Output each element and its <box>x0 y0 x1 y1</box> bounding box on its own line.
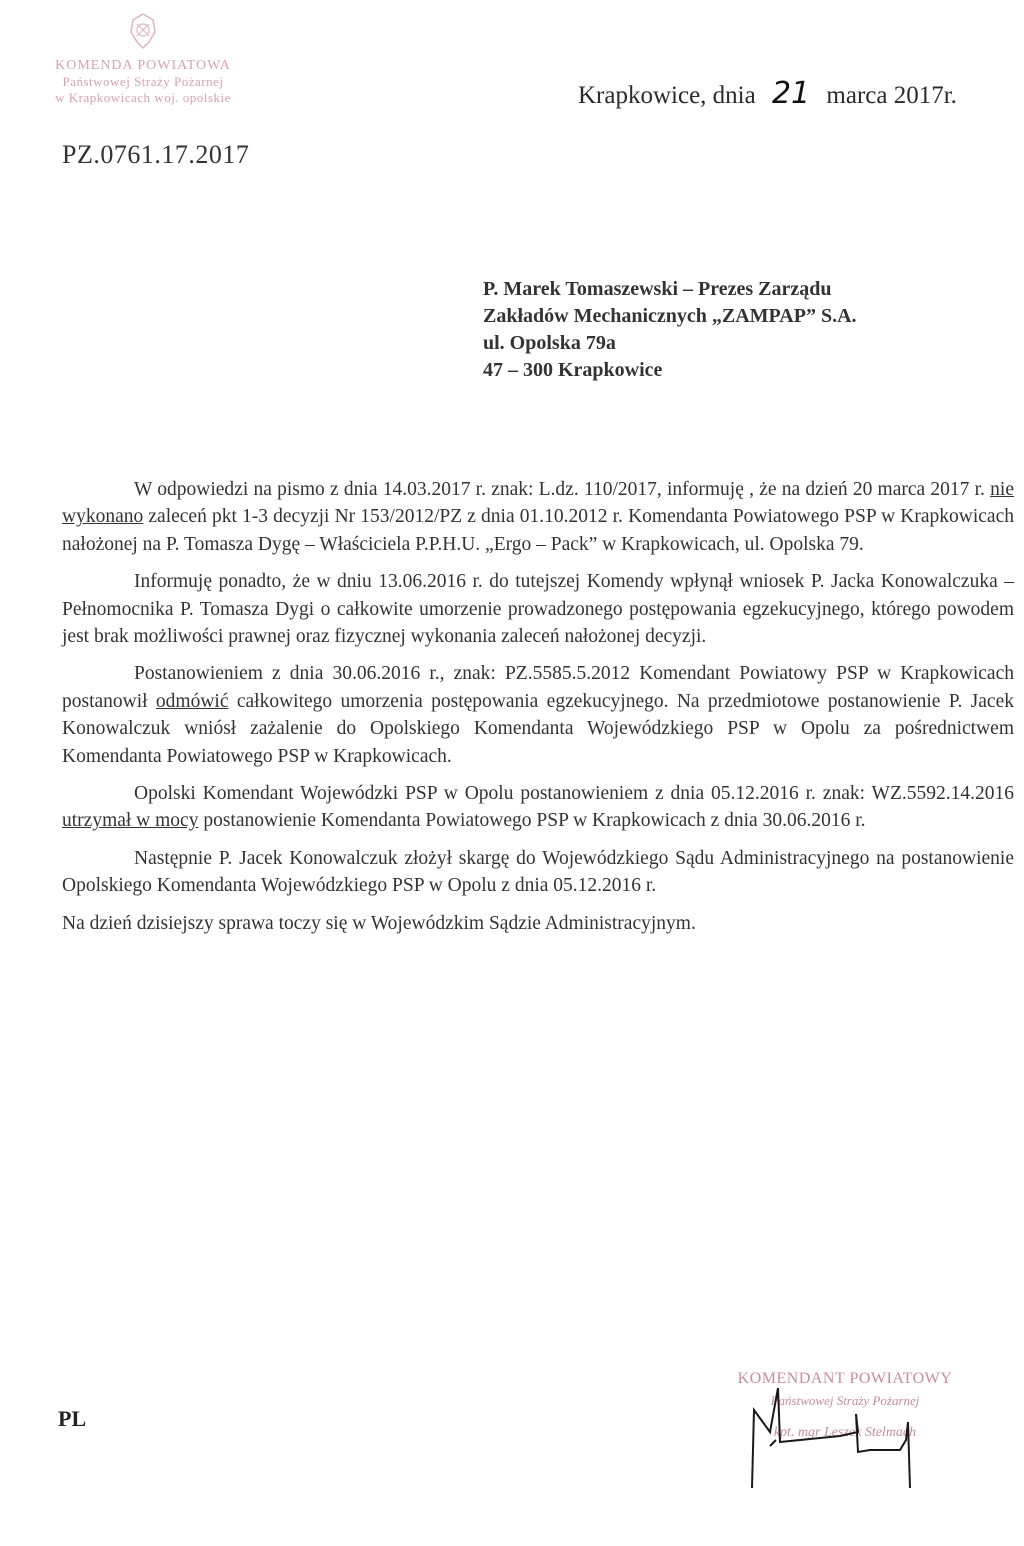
paragraph-2: Informuję ponadto, że w dniu 13.06.2016 … <box>62 568 1014 650</box>
stamp-line-3: w Krapkowicach woj. opolskie <box>8 90 278 106</box>
addressee-block: P. Marek Tomaszewski – Prezes Zarządu Za… <box>483 276 857 384</box>
stamp-line-2: Państwowej Straży Pożarnej <box>8 74 278 90</box>
stamp-line-1: KOMENDA POWIATOWA <box>8 58 278 74</box>
paragraph-4: Opolski Komendant Wojewódzki PSP w Opolu… <box>62 780 1014 835</box>
paragraph-3: Postanowieniem z dnia 30.06.2016 r., zna… <box>62 660 1014 770</box>
paragraph-1: W odpowiedzi na pismo z dnia 14.03.2017 … <box>62 476 1014 558</box>
underlined-text: odmówić <box>156 691 229 712</box>
initials: PL <box>58 1406 86 1432</box>
paragraph-5: Następnie P. Jacek Konowalczuk złożył sk… <box>62 845 1014 900</box>
text: zaleceń pkt 1-3 decyzji Nr 153/2012/PZ z… <box>62 506 1014 554</box>
place-date-suffix: marca 2017r. <box>826 82 957 109</box>
addressee-line: ul. Opolska 79a <box>483 330 857 357</box>
paragraph-6: Na dzień dzisiejszy sprawa toczy się w W… <box>62 910 1014 937</box>
fire-brigade-emblem-icon <box>123 10 163 54</box>
text: W odpowiedzi na pismo z dnia 14.03.2017 … <box>134 479 990 500</box>
text: Opolski Komendant Wojewódzki PSP w Opolu… <box>134 783 1014 804</box>
reference-number: PZ.0761.17.2017 <box>62 140 249 170</box>
handwritten-day: 21 <box>772 76 810 111</box>
place-date: Krapkowice, dnia 21 marca 2017r. <box>578 76 957 111</box>
addressee-line: Zakładów Mechanicznych „ZAMPAP” S.A. <box>483 303 857 330</box>
handwritten-signature-icon <box>740 1380 980 1490</box>
letter-body: W odpowiedzi na pismo z dnia 14.03.2017 … <box>62 476 1014 947</box>
addressee-line: 47 – 300 Krapkowice <box>483 357 857 384</box>
underlined-text: utrzymał w mocy <box>62 810 198 831</box>
place-date-prefix: Krapkowice, dnia <box>578 82 756 109</box>
text: postanowienie Komendanta Powiatowego PSP… <box>198 810 865 831</box>
addressee-line: P. Marek Tomaszewski – Prezes Zarządu <box>483 276 857 303</box>
letterhead-stamp: KOMENDA POWIATOWA Państwowej Straży Poża… <box>8 10 278 106</box>
